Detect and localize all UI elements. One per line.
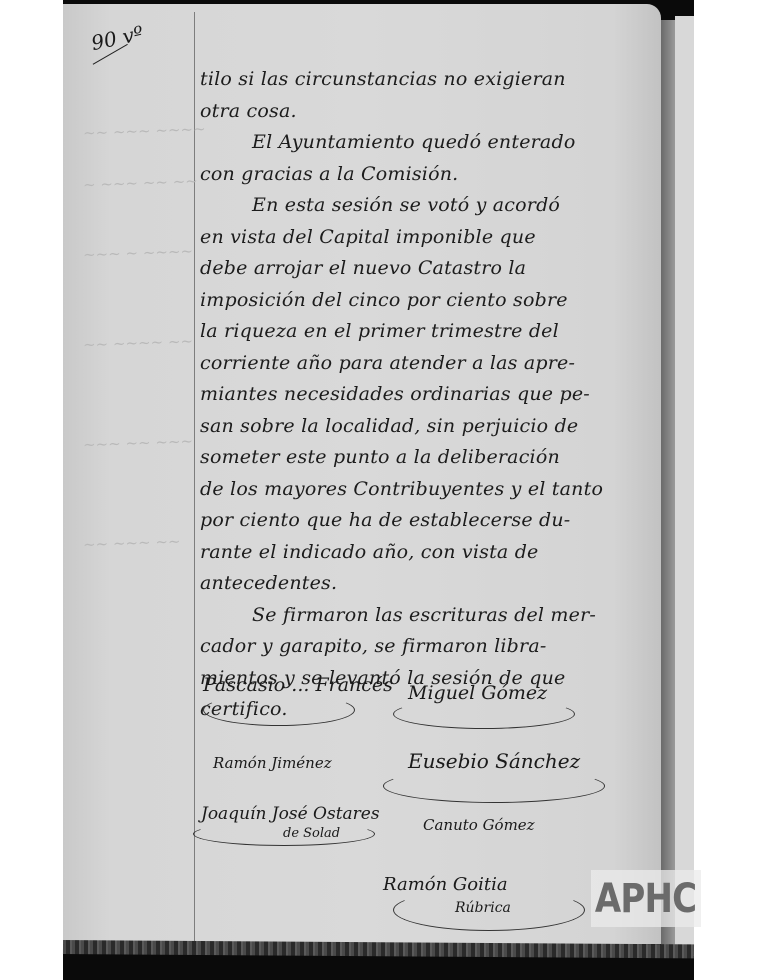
signature: Canuto Gómez (423, 816, 535, 834)
signature-flourish (203, 694, 355, 726)
text-line: por ciento que ha de establecerse du- (200, 505, 650, 537)
signature-flourish (393, 699, 575, 729)
bleed-through-text: ~ ~~~ ~~ ~~ (83, 172, 198, 194)
text-line: tilo si las circunstancias no exigieran (200, 64, 650, 96)
signature-block: Pascasio ... Francés Miguel Gómez Ramón … (63, 644, 661, 944)
text-line: de los mayores Contribuyentes y el tanto (200, 474, 650, 506)
text-line: en vista del Capital imponible que (200, 222, 650, 254)
adjacent-page-edge (675, 16, 694, 956)
bleed-through-text: ~~ ~~~~ ~~ (83, 332, 194, 354)
text-line: antecedentes. (200, 568, 650, 600)
text-line: El Ayuntamiento quedó enterado (200, 127, 650, 159)
text-line: Se firmaron las escrituras del mer- (200, 600, 650, 632)
text-line: corriente año para atender a las apre- (200, 348, 650, 380)
signature-flourish (393, 889, 585, 931)
folio-number: 90 vº (89, 21, 145, 55)
text-line: otra cosa. (200, 96, 650, 128)
text-line: con gracias a la Comisión. (200, 159, 650, 191)
scanned-ledger: ~~ ~~~ ~~~~ ~ ~~~ ~~ ~~ ~~~ ~ ~~~~ ~~ ~~… (63, 0, 694, 980)
minutes-body: tilo si las circunstancias no exigieran … (200, 64, 650, 726)
bleed-through-text: ~~ ~~~ ~~~~ (83, 120, 206, 142)
text-line: rante el indicado año, con vista de (200, 537, 650, 569)
text-line: someter este punto a la deliberación (200, 442, 650, 474)
text-line: san sobre la localidad, sin perjuicio de (200, 411, 650, 443)
text-line: debe arrojar el nuevo Catastro la (200, 253, 650, 285)
text-line: En esta sesión se votó y acordó (200, 190, 650, 222)
signature-flourish (193, 822, 375, 846)
signature: Pascasio ... Francés (203, 674, 393, 696)
text-line: miantes necesidades ordinarias que pe- (200, 379, 650, 411)
bleed-through-text: ~~ ~~~ ~~ (83, 532, 181, 553)
ledger-bottom-edge (63, 940, 694, 958)
bleed-through-text: ~~~ ~~ ~~~ (83, 432, 194, 454)
bleed-through-text: ~~~ ~ ~~~~ (83, 242, 194, 264)
signature-flourish (383, 769, 605, 803)
text-line: imposición del cinco por ciento sobre (200, 285, 650, 317)
watermark-text: APHC (595, 876, 696, 922)
page-gutter-shadow (661, 20, 675, 950)
signature: Joaquín José Ostares (201, 804, 380, 824)
text-line: la riqueza en el primer trimestre del (200, 316, 650, 348)
archive-watermark: APHC (591, 870, 701, 927)
manuscript-page: ~~ ~~~ ~~~~ ~ ~~~ ~~ ~~ ~~~ ~ ~~~~ ~~ ~~… (63, 4, 661, 944)
signature: Ramón Jiménez (213, 754, 332, 772)
